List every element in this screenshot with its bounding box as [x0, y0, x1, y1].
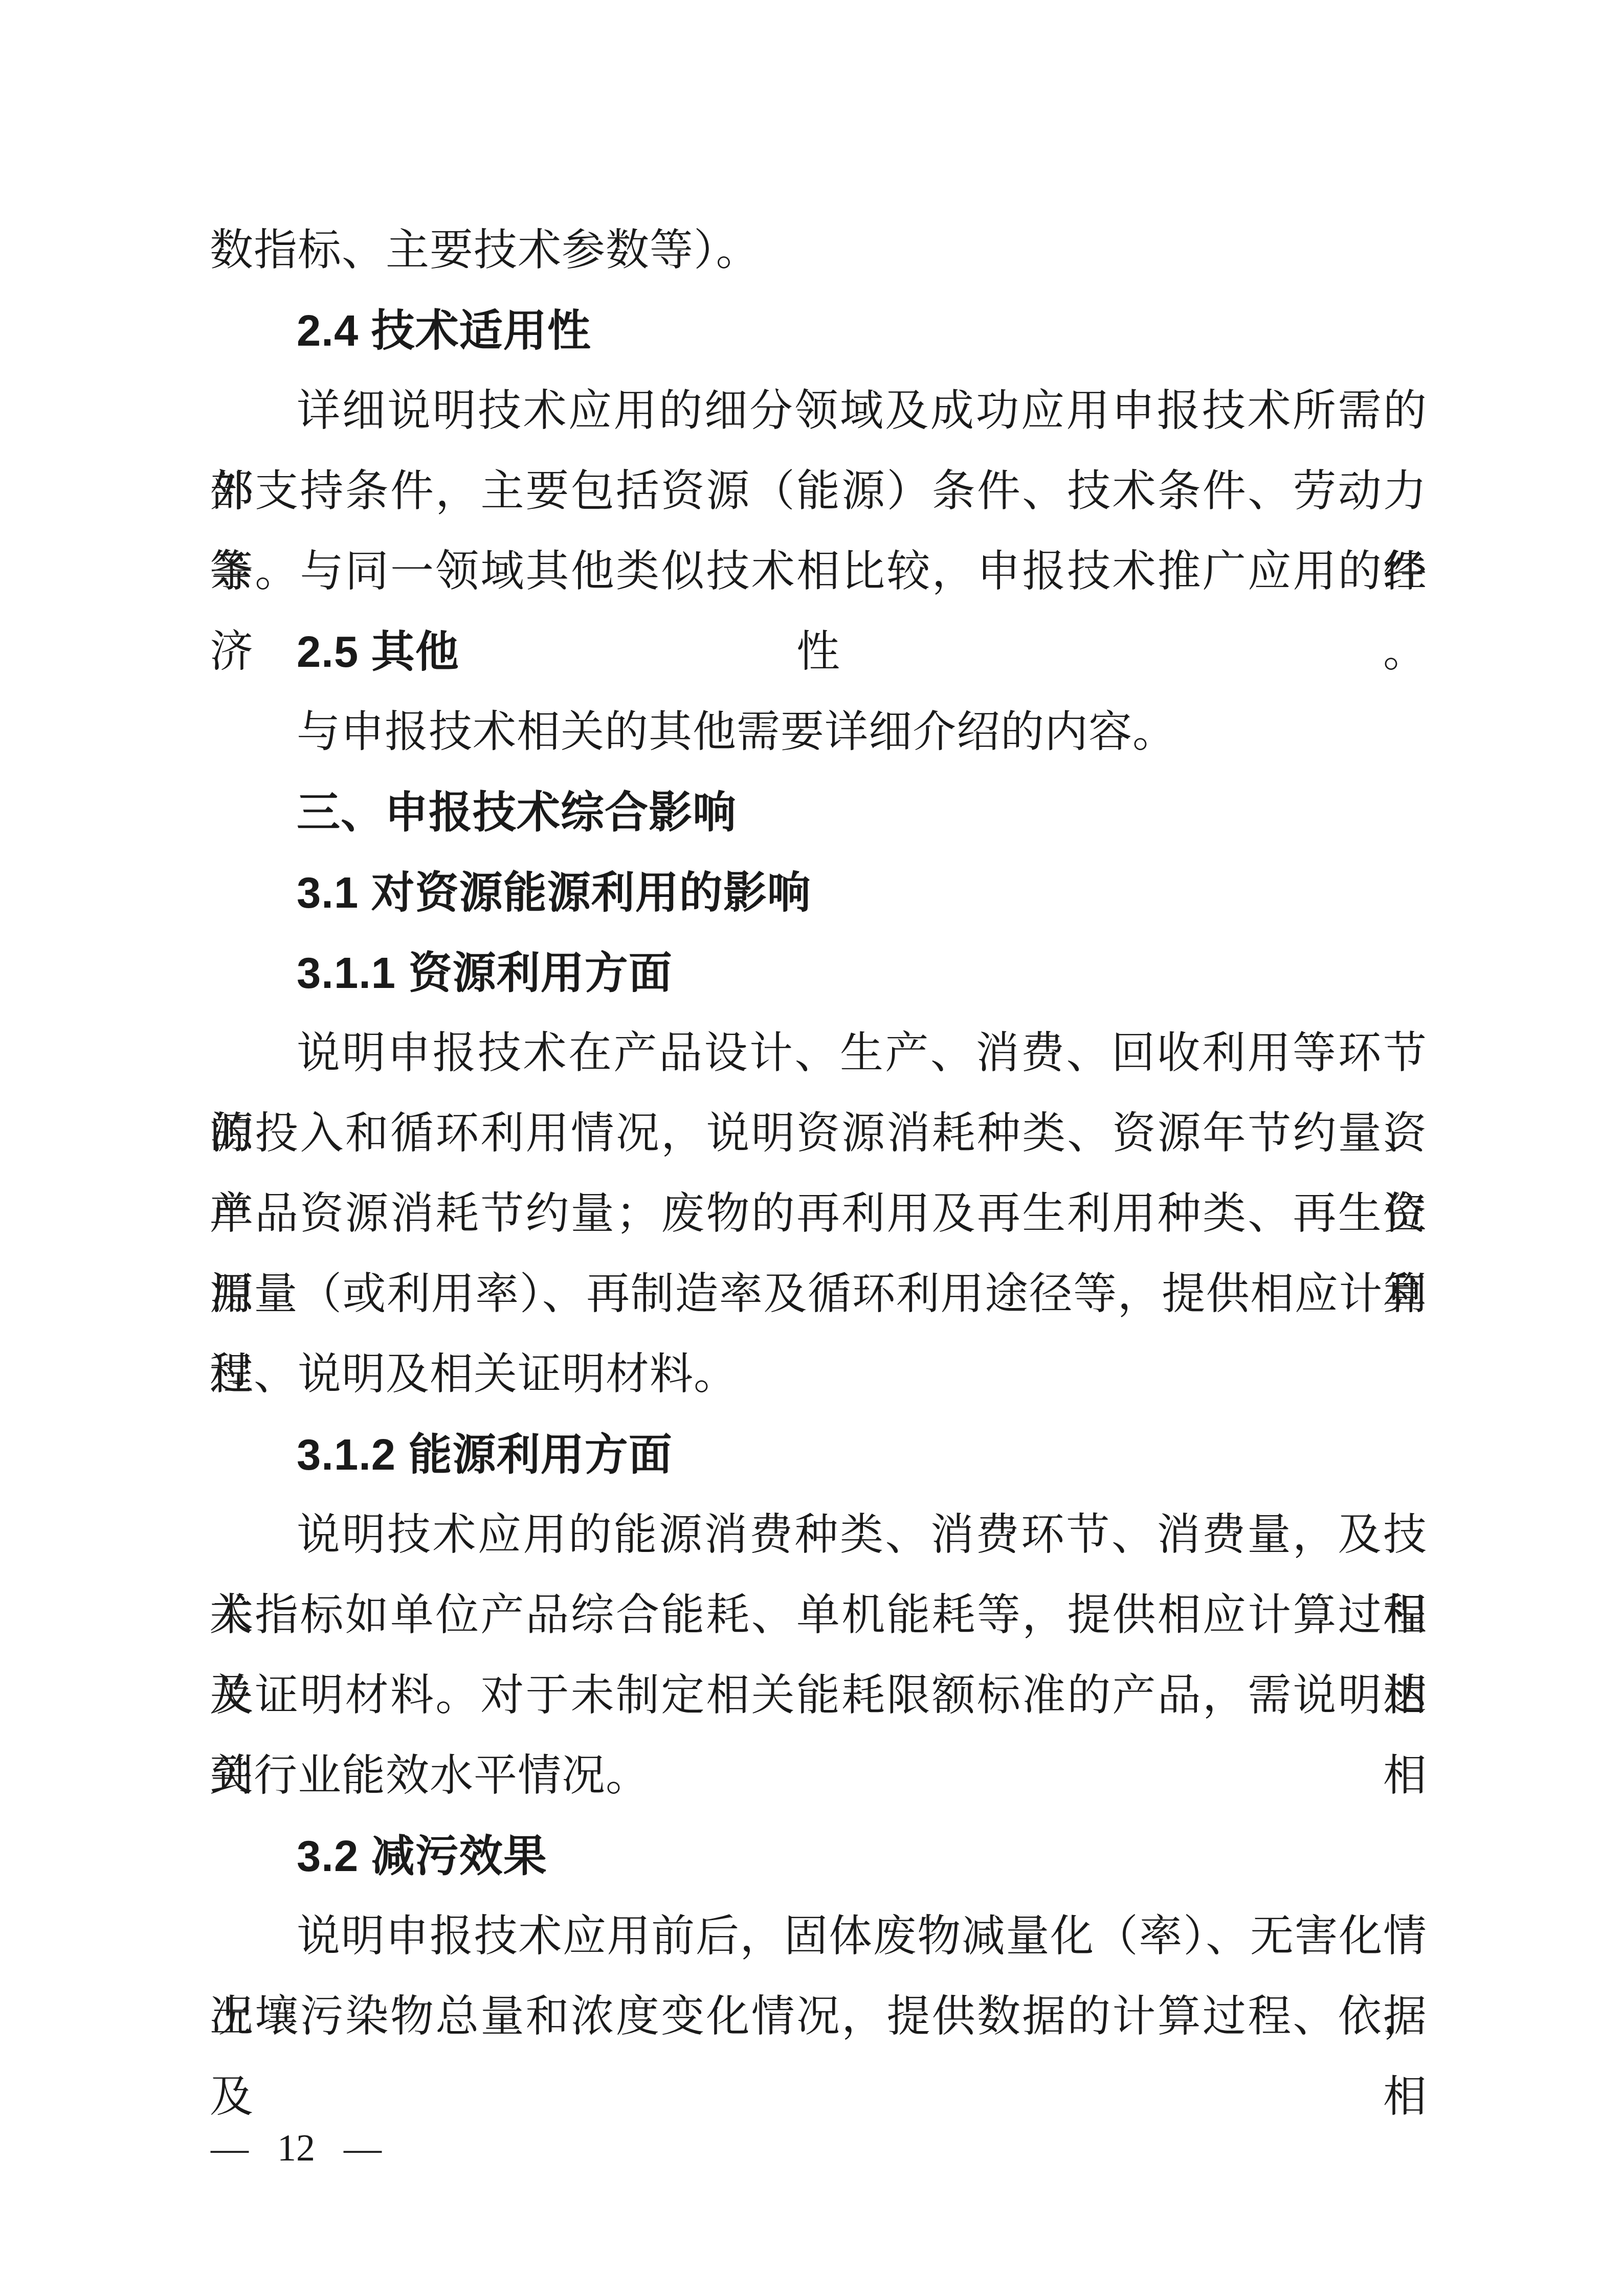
heading-section-3: 三、申报技术综合影响 [210, 773, 1427, 853]
paragraph-line: 关证明材料。对于未制定相关能耗限额标准的产品，需说明达到相 [210, 1656, 1427, 1736]
paragraph-line: 说明技术应用的能源消费种类、消费环节、消费量，及技术相 [210, 1495, 1427, 1575]
paragraph-line: 与申报技术相关的其他需要详细介绍的内容。 [210, 692, 1427, 773]
paragraph-line: 土壤污染物总量和浓度变化情况，提供数据的计算过程、依据及相 [210, 1977, 1427, 2057]
paragraph-line: 详细说明技术应用的细分领域及成功应用申报技术所需的外 [210, 371, 1427, 452]
paragraph-line: 程、说明及相关证明材料。 [210, 1335, 1427, 1415]
heading-2-4: 2.4 技术适用性 [210, 291, 1427, 371]
paragraph-line: 关指标如单位产品综合能耗、单机能耗等，提供相应计算过程及相 [210, 1575, 1427, 1656]
paragraph-line: 数指标、主要技术参数等）。 [210, 211, 1427, 291]
paragraph-line: 产品资源消耗节约量；废物的再利用及再生利用种类、再生资源利 [210, 1174, 1427, 1254]
heading-3-1-1: 3.1.1 资源利用方面 [210, 933, 1427, 1014]
document-page: 数指标、主要技术参数等）。 2.4 技术适用性 详细说明技术应用的细分领域及成功… [0, 0, 1624, 2296]
paragraph-line: 说明申报技术应用前后，固体废物减量化（率）、无害化情况， [210, 1897, 1427, 1977]
footer-left-dash: — [211, 2127, 249, 2170]
heading-3-2: 3.2 减污效果 [210, 1816, 1427, 1897]
page-number: 12 [277, 2127, 315, 2170]
heading-3-1: 3.1 对资源能源利用的影响 [210, 853, 1427, 933]
paragraph-line: 等。与同一领域其他类似技术相比较，申报技术推广应用的经济性。 [210, 532, 1427, 612]
paragraph-line: 部支持条件，主要包括资源（能源）条件、技术条件、劳动力条件 [210, 452, 1427, 532]
paragraph-line: 用量（或利用率）、再制造率及循环利用途径等，提供相应计算过 [210, 1254, 1427, 1335]
paragraph-line: 源投入和循环利用情况，说明资源消耗种类、资源年节约量、单位 [210, 1094, 1427, 1174]
heading-3-1-2: 3.1.2 能源利用方面 [210, 1415, 1427, 1495]
paragraph-line: 说明申报技术在产品设计、生产、消费、回收利用等环节的资 [210, 1014, 1427, 1094]
page-footer: — 12 — [211, 2120, 382, 2176]
document-body: 数指标、主要技术参数等）。 2.4 技术适用性 详细说明技术应用的细分领域及成功… [210, 211, 1427, 2057]
footer-right-dash: — [344, 2127, 382, 2170]
